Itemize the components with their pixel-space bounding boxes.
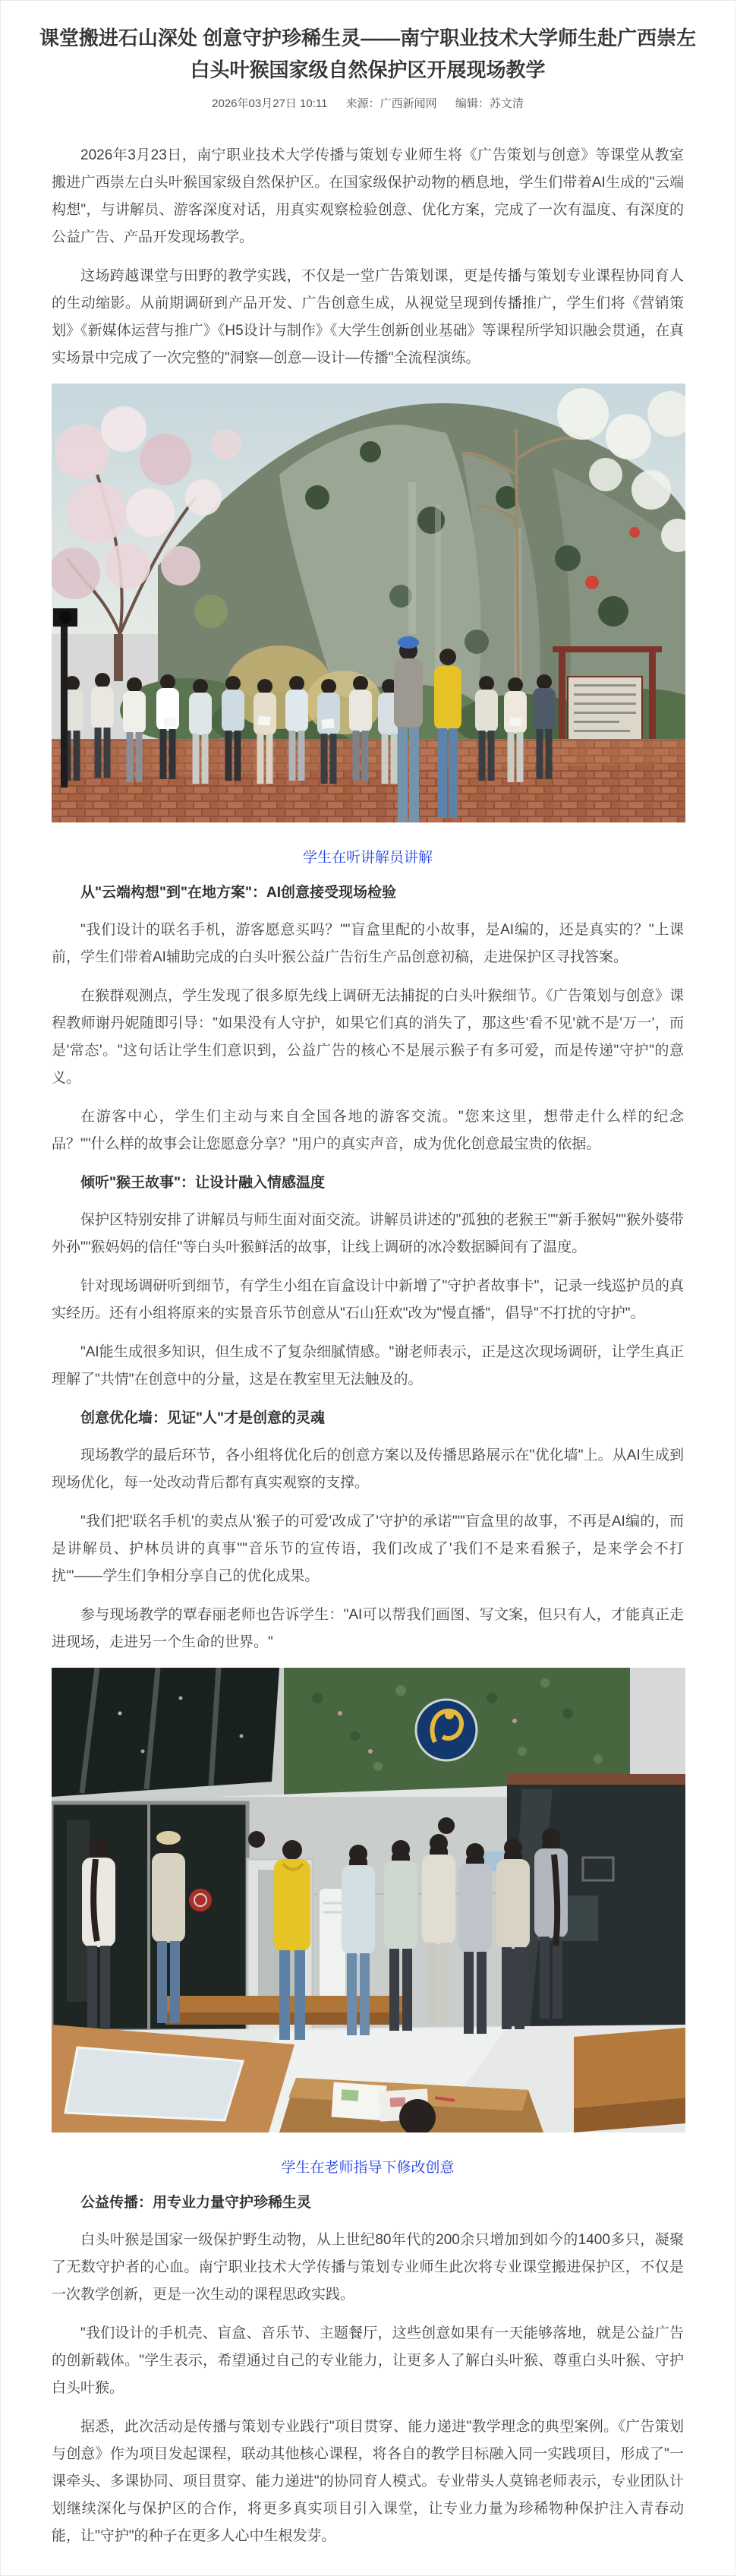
paragraph-5: 在游客中心，学生们主动与来自全国各地的游客交流。"您来这里，想带走什么样的纪念品… [52,1103,684,1158]
editor-label: 编辑：苏文清 [455,97,524,110]
paragraph-14: 据悉，此次活动是传播与策划专业践行"项目贯穿、能力递进"教学理念的典型案例。《广… [52,2413,684,2550]
publish-datetime: 2026年03月27日 10:11 [212,97,327,110]
page-title: 课堂搬进石山深处 创意守护珍稀生灵——南宁职业技术大学师生赴广西崇左白头叶猴国家… [1,22,735,86]
section-heading-3: 创意优化墙：见证"人"才是创意的灵魂 [52,1409,684,1428]
article-meta: 2026年03月27日 10:11 来源：广西新闻网 编辑：苏文清 [1,96,735,112]
paragraph-4: 在猴群观测点，学生发现了很多原先线上调研无法捕捉的白头叶猴细节。《广告策划与创意… [52,983,684,1092]
paragraph-10: "我们把'联名手机'的卖点从'猴子的可爱'改成了'守护的承诺'""盲盒里的故事，… [52,1508,684,1590]
photo-caption-1: 学生在听讲解员讲解 [52,848,684,868]
article-body: 2026年3月23日，南宁职业技术大学传播与策划专业师生将《广告策划与创意》等课… [1,112,735,2550]
paragraph-2: 这场跨越课堂与田野的教学实践，不仅是一堂广告策划课，更是传播与策划专业课程协同育… [52,263,684,372]
dark-window-left [52,1668,279,1797]
right-bench [574,2028,685,2132]
paragraph-3: "我们设计的联名手机，游客愿意买吗？""盲盒里配的小故事，是AI编的，还是真实的… [52,917,684,971]
right-glass-wall [507,1774,685,2040]
article-page: 课堂搬进石山深处 创意守护珍稀生灵——南宁职业技术大学师生赴广西崇左白头叶猴国家… [0,0,735,2576]
paragraph-8: "AI能生成很多知识，但生成不了复杂细腻情感。"谢老师表示，正是这次现场调研，让… [52,1339,684,1394]
photo-students-revising-ideas [52,1668,685,2132]
paragraph-12: 白头叶猴是国家一级保护野生动物，从上世纪80年代的200余只增加到如今的1400… [52,2227,684,2309]
photo-students-listening-guide [52,384,685,822]
paragraph-11: 参与现场教学的覃春丽老师也告诉学生："AI可以帮我们画图、写文案，但只有人，才能… [52,1602,684,1656]
figure-1: 学生在听讲解员讲解 [52,384,684,868]
photo-caption-2: 学生在老师指导下修改创意 [52,2158,684,2178]
source-label: 来源：广西新闻网 [346,97,437,110]
paragraph-1: 2026年3月23日，南宁职业技术大学传播与策划专业师生将《广告策划与创意》等课… [52,142,684,251]
figure-2: 学生在老师指导下修改创意 [52,1668,684,2178]
paragraph-6: 保护区特别安排了讲解员与师生面对面交流。讲解员讲述的"孤独的老猴王""新手猴妈"… [52,1207,684,1261]
section-heading-4: 公益传播：用专业力量守护珍稀生灵 [52,2193,684,2213]
section-heading-2: 倾听"猴王故事"：让设计融入情感温度 [52,1173,684,1193]
paragraph-9: 现场教学的最后环节，各小组将优化后的创意方案以及传播思路展示在"优化墙"上。从A… [52,1442,684,1497]
section-heading-1: 从"云端构想"到"在地方案"：AI创意接受现场检验 [52,883,684,903]
paragraph-7: 针对现场调研听到细节，有学生小组在盲盒设计中新增了"守护者故事卡"，记录一线巡护… [52,1273,684,1327]
paragraph-13: "我们设计的手机壳、盲盒、音乐节、主题餐厅，这些创意如果有一天能够落地，就是公益… [52,2320,684,2402]
